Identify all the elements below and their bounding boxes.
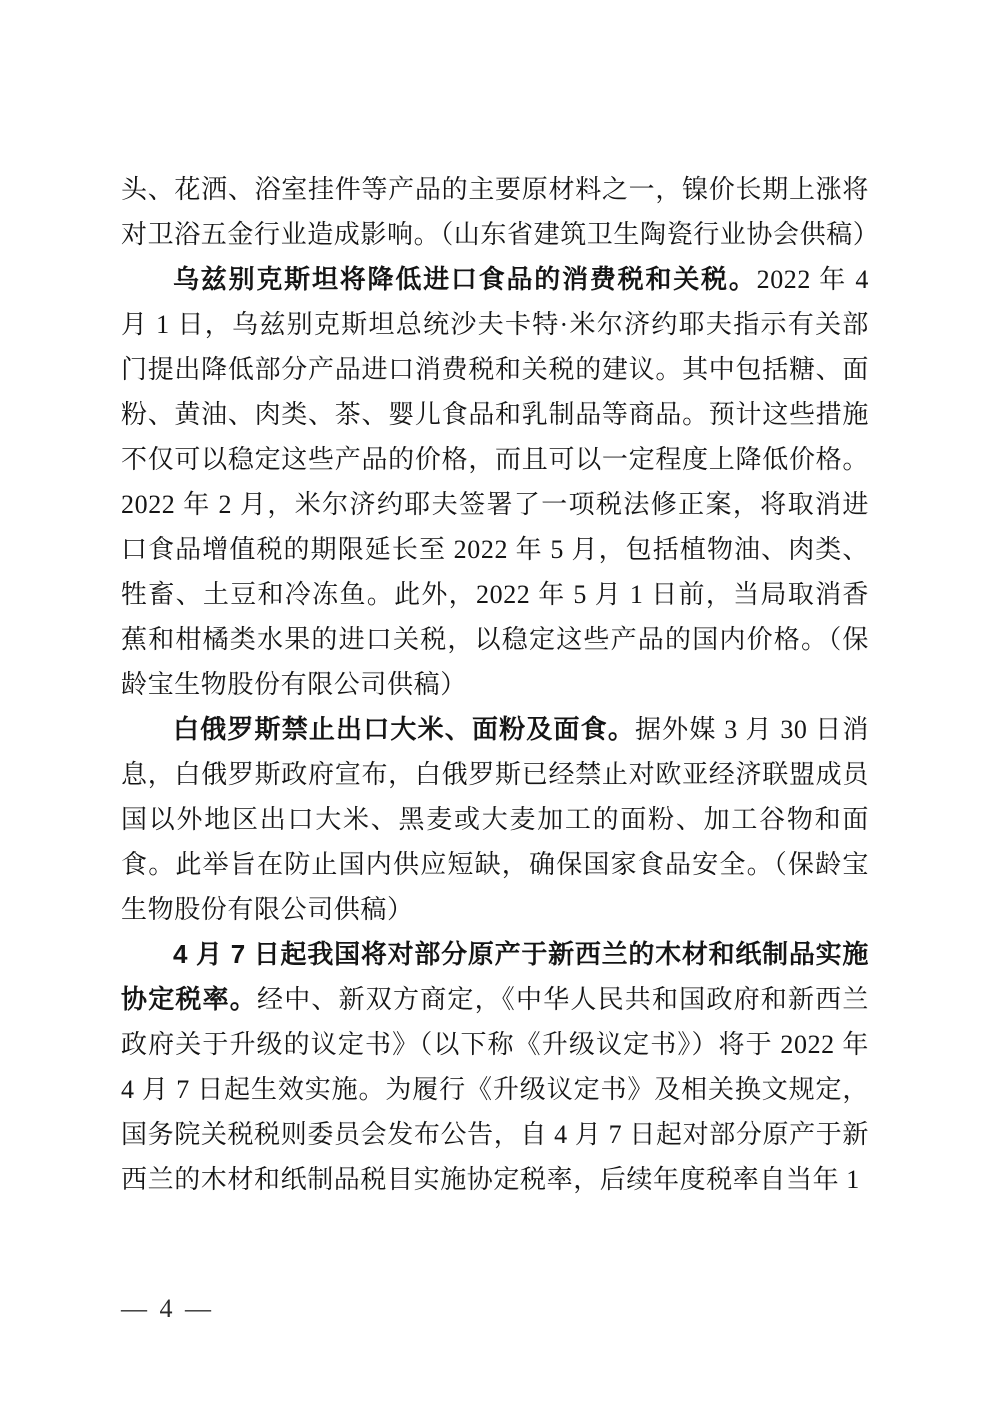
- paragraph-text: 2022 年 4 月 1 日，乌兹别克斯坦总统沙夫卡特·米尔济约耶夫指示有关部门…: [121, 265, 869, 699]
- paragraph: 4 月 7 日起我国将对部分原产于新西兰的木材和纸制品实施协定税率。经中、新双方…: [121, 932, 869, 1202]
- paragraph: 乌兹别克斯坦将降低进口食品的消费税和关税。2022 年 4 月 1 日，乌兹别克…: [121, 257, 869, 707]
- paragraph: 白俄罗斯禁止出口大米、面粉及面食。据外媒 3 月 30 日消息，白俄罗斯政府宣布…: [121, 707, 869, 932]
- paragraph: 头、花洒、浴室挂件等产品的主要原材料之一，镍价长期上涨将对卫浴五金行业造成影响。…: [121, 167, 869, 257]
- page-number: — 4 —: [121, 1293, 214, 1325]
- paragraph-text: 经中、新双方商定，《中华人民共和国政府和新西兰政府关于升级的议定书》（以下称《升…: [121, 985, 869, 1194]
- paragraph-text: 头、花洒、浴室挂件等产品的主要原材料之一，镍价长期上涨将对卫浴五金行业造成影响。…: [121, 175, 879, 249]
- document-body: 头、花洒、浴室挂件等产品的主要原材料之一，镍价长期上涨将对卫浴五金行业造成影响。…: [121, 167, 869, 1202]
- paragraph-lead-emphasis: 乌兹别克斯坦将降低进口食品的消费税和关税。: [173, 264, 757, 294]
- paragraph-lead-emphasis: 白俄罗斯禁止出口大米、面粉及面食。: [173, 714, 635, 744]
- document-page: 头、花洒、浴室挂件等产品的主要原材料之一，镍价长期上涨将对卫浴五金行业造成影响。…: [0, 0, 991, 1402]
- paragraph-text: 据外媒 3 月 30 日消息，白俄罗斯政府宣布，白俄罗斯已经禁止对欧亚经济联盟成…: [121, 715, 869, 924]
